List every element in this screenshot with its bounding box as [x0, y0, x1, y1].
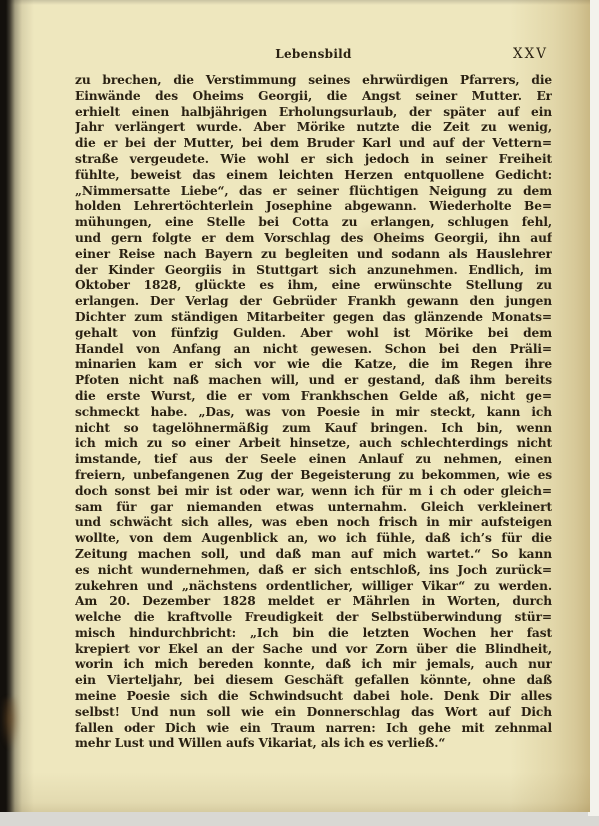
- text-line: mühungen, eine Stelle bei Cotta zu erlan…: [75, 215, 552, 231]
- text-line: sam für gar niemanden etwas unternahm. G…: [75, 500, 552, 516]
- text-line: ich mich zu so einer Arbeit hinsetze, au…: [75, 436, 552, 452]
- text-line: Am 20. Dezember 1828 meldet er Mährlen i…: [75, 594, 552, 610]
- text-line: schmeckt habe. „Das, was von Poesie in m…: [75, 405, 552, 421]
- text-line: misch hindurchbricht: „Ich bin die letzt…: [75, 626, 552, 642]
- text-line: krepiert vor Ekel an der Sache und vor Z…: [75, 642, 552, 658]
- text-line: erhielt einen halbjährigen Erholungsurla…: [75, 105, 552, 121]
- text-line: einer Reise nach Bayern zu begleiten und…: [75, 247, 552, 263]
- text-line: Zeitung machen soll, und daß man auf mic…: [75, 547, 552, 563]
- text-line: nicht so tagelöhnermäßig zum Kauf bringe…: [75, 421, 552, 437]
- running-title: Lebensbild: [75, 47, 552, 61]
- text-line: die er bei der Mutter, bei dem Bruder Ka…: [75, 136, 552, 152]
- text-line: mehr Lust und Willen aufs Vikariat, als …: [75, 736, 552, 752]
- text-line: worin ich mich bereden konnte, daß ich m…: [75, 657, 552, 673]
- text-line: die erste Wurst, die er vom Frankhschen …: [75, 389, 552, 405]
- text-line: zukehren und „nächstens ordentlicher, wi…: [75, 579, 552, 595]
- text-line: Pfoten nicht naß machen will, und er ges…: [75, 373, 552, 389]
- text-line: Oktober 1828, glückte es ihm, eine erwün…: [75, 278, 552, 294]
- scanned-book-page: Lebensbild XXV zu brechen, die Verstimmu…: [0, 0, 599, 826]
- book-page: Lebensbild XXV zu brechen, die Verstimmu…: [0, 0, 590, 812]
- text-line: Jahr verlängert wurde. Aber Mörike nutzt…: [75, 120, 552, 136]
- page-header: Lebensbild XXV: [75, 46, 552, 62]
- text-line: Handel von Anfang an nicht gewesen. Scho…: [75, 342, 552, 358]
- text-line: meine Poesie sich die Schwindsucht dabei…: [75, 689, 552, 705]
- text-line: freiern, unbefangenen Zug der Begeisteru…: [75, 468, 552, 484]
- text-line: „Nimmersatte Liebe“, das er seiner flüch…: [75, 184, 552, 200]
- text-line: ein Vierteljahr, bei diesem Geschäft gef…: [75, 673, 552, 689]
- text-line: und schwächt sich alles, was eben noch f…: [75, 515, 552, 531]
- text-line: Einwände des Oheims Georgii, die Angst s…: [75, 89, 552, 105]
- text-line: selbst! Und nun soll wie ein Donnerschla…: [75, 705, 552, 721]
- gutter-stain: [2, 698, 20, 750]
- text-line: und gern folgte er dem Vorschlag des Ohe…: [75, 231, 552, 247]
- text-line: minarien kam er sich vor wie die Katze, …: [75, 357, 552, 373]
- text-line: doch sonst bei mir ist oder war, wenn ic…: [75, 484, 552, 500]
- text-line: fühlte, beweist das einem leichten Herze…: [75, 168, 552, 184]
- text-line: fallen oder Dich wie ein Traum narren: I…: [75, 721, 552, 737]
- text-line: der Kinder Georgiis in Stuttgart sich an…: [75, 263, 552, 279]
- text-line: zu brechen, die Verstimmung seines ehrwü…: [75, 73, 552, 89]
- body-text: zu brechen, die Verstimmung seines ehrwü…: [75, 73, 552, 752]
- page-number: XXV: [513, 46, 548, 62]
- text-line: welche die kraftvolle Freudigkeit der Se…: [75, 610, 552, 626]
- text-line: holden Lehrertöchterlein Josephine abgew…: [75, 199, 552, 215]
- text-line: imstande, tief aus der Seele einen Anlau…: [75, 452, 552, 468]
- text-line: erlangen. Der Verlag der Gebrüder Frankh…: [75, 294, 552, 310]
- text-line: straße vergeudete. Wie wohl er sich jedo…: [75, 152, 552, 168]
- text-line: es nicht wundernehmen, daß er sich entsc…: [75, 563, 552, 579]
- text-line: Dichter zum ständigen Mitarbeiter gegen …: [75, 310, 552, 326]
- text-line: wollte, von dem Augenblick an, wo ich fü…: [75, 531, 552, 547]
- text-line: gehalt von fünfzig Gulden. Aber wohl ist…: [75, 326, 552, 342]
